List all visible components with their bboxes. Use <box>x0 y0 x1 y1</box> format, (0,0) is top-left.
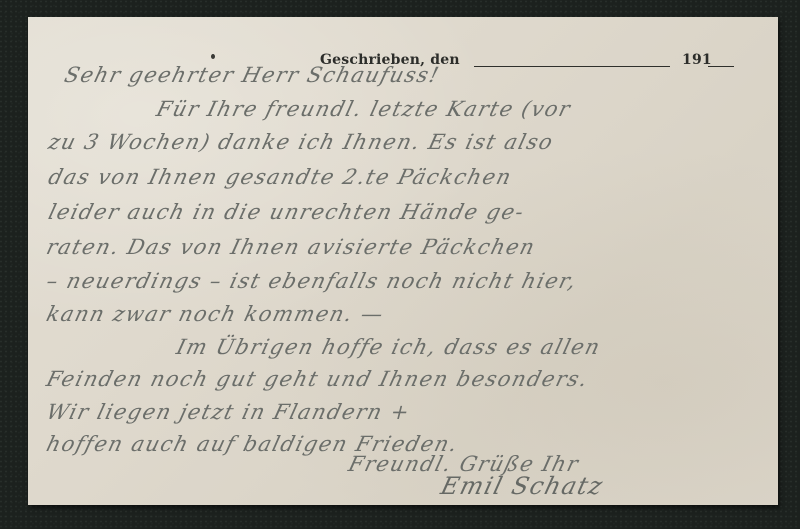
handwritten-line: zu 3 Wochen) danke ich Ihnen. Es ist als… <box>46 130 556 154</box>
handwritten-line: Für Ihre freundl. letzte Karte (vor <box>154 97 574 121</box>
handwritten-line: Feinden noch gut geht und Ihnen besonder… <box>44 367 591 391</box>
handwritten-line: das von Ihnen gesandte 2.te Päckchen <box>46 165 515 189</box>
handwritten-line: Sehr geehrter Herr Schaufuss! <box>62 63 442 87</box>
handwritten-line: kann zwar noch kommen. — <box>44 302 387 326</box>
handwritten-line: – neuerdings – ist ebenfalls noch nicht … <box>44 269 580 293</box>
year-underline <box>708 66 734 67</box>
postcard: Geschrieben, den 9. 7. 17. 191 Sehr geeh… <box>28 17 778 505</box>
handwritten-line: Im Übrigen hoffe ich, dass es allen <box>174 335 603 359</box>
handwritten-line: raten. Das von Ihnen avisierte Päckchen <box>44 235 538 259</box>
ink-dot <box>211 54 215 59</box>
date-underline <box>474 66 670 67</box>
handwritten-line: leider auch in die unrechten Hände ge- <box>46 200 527 224</box>
handwritten-line: Wir liegen jetzt in Flandern + <box>44 400 413 424</box>
signature: Emil Schatz <box>438 472 607 500</box>
